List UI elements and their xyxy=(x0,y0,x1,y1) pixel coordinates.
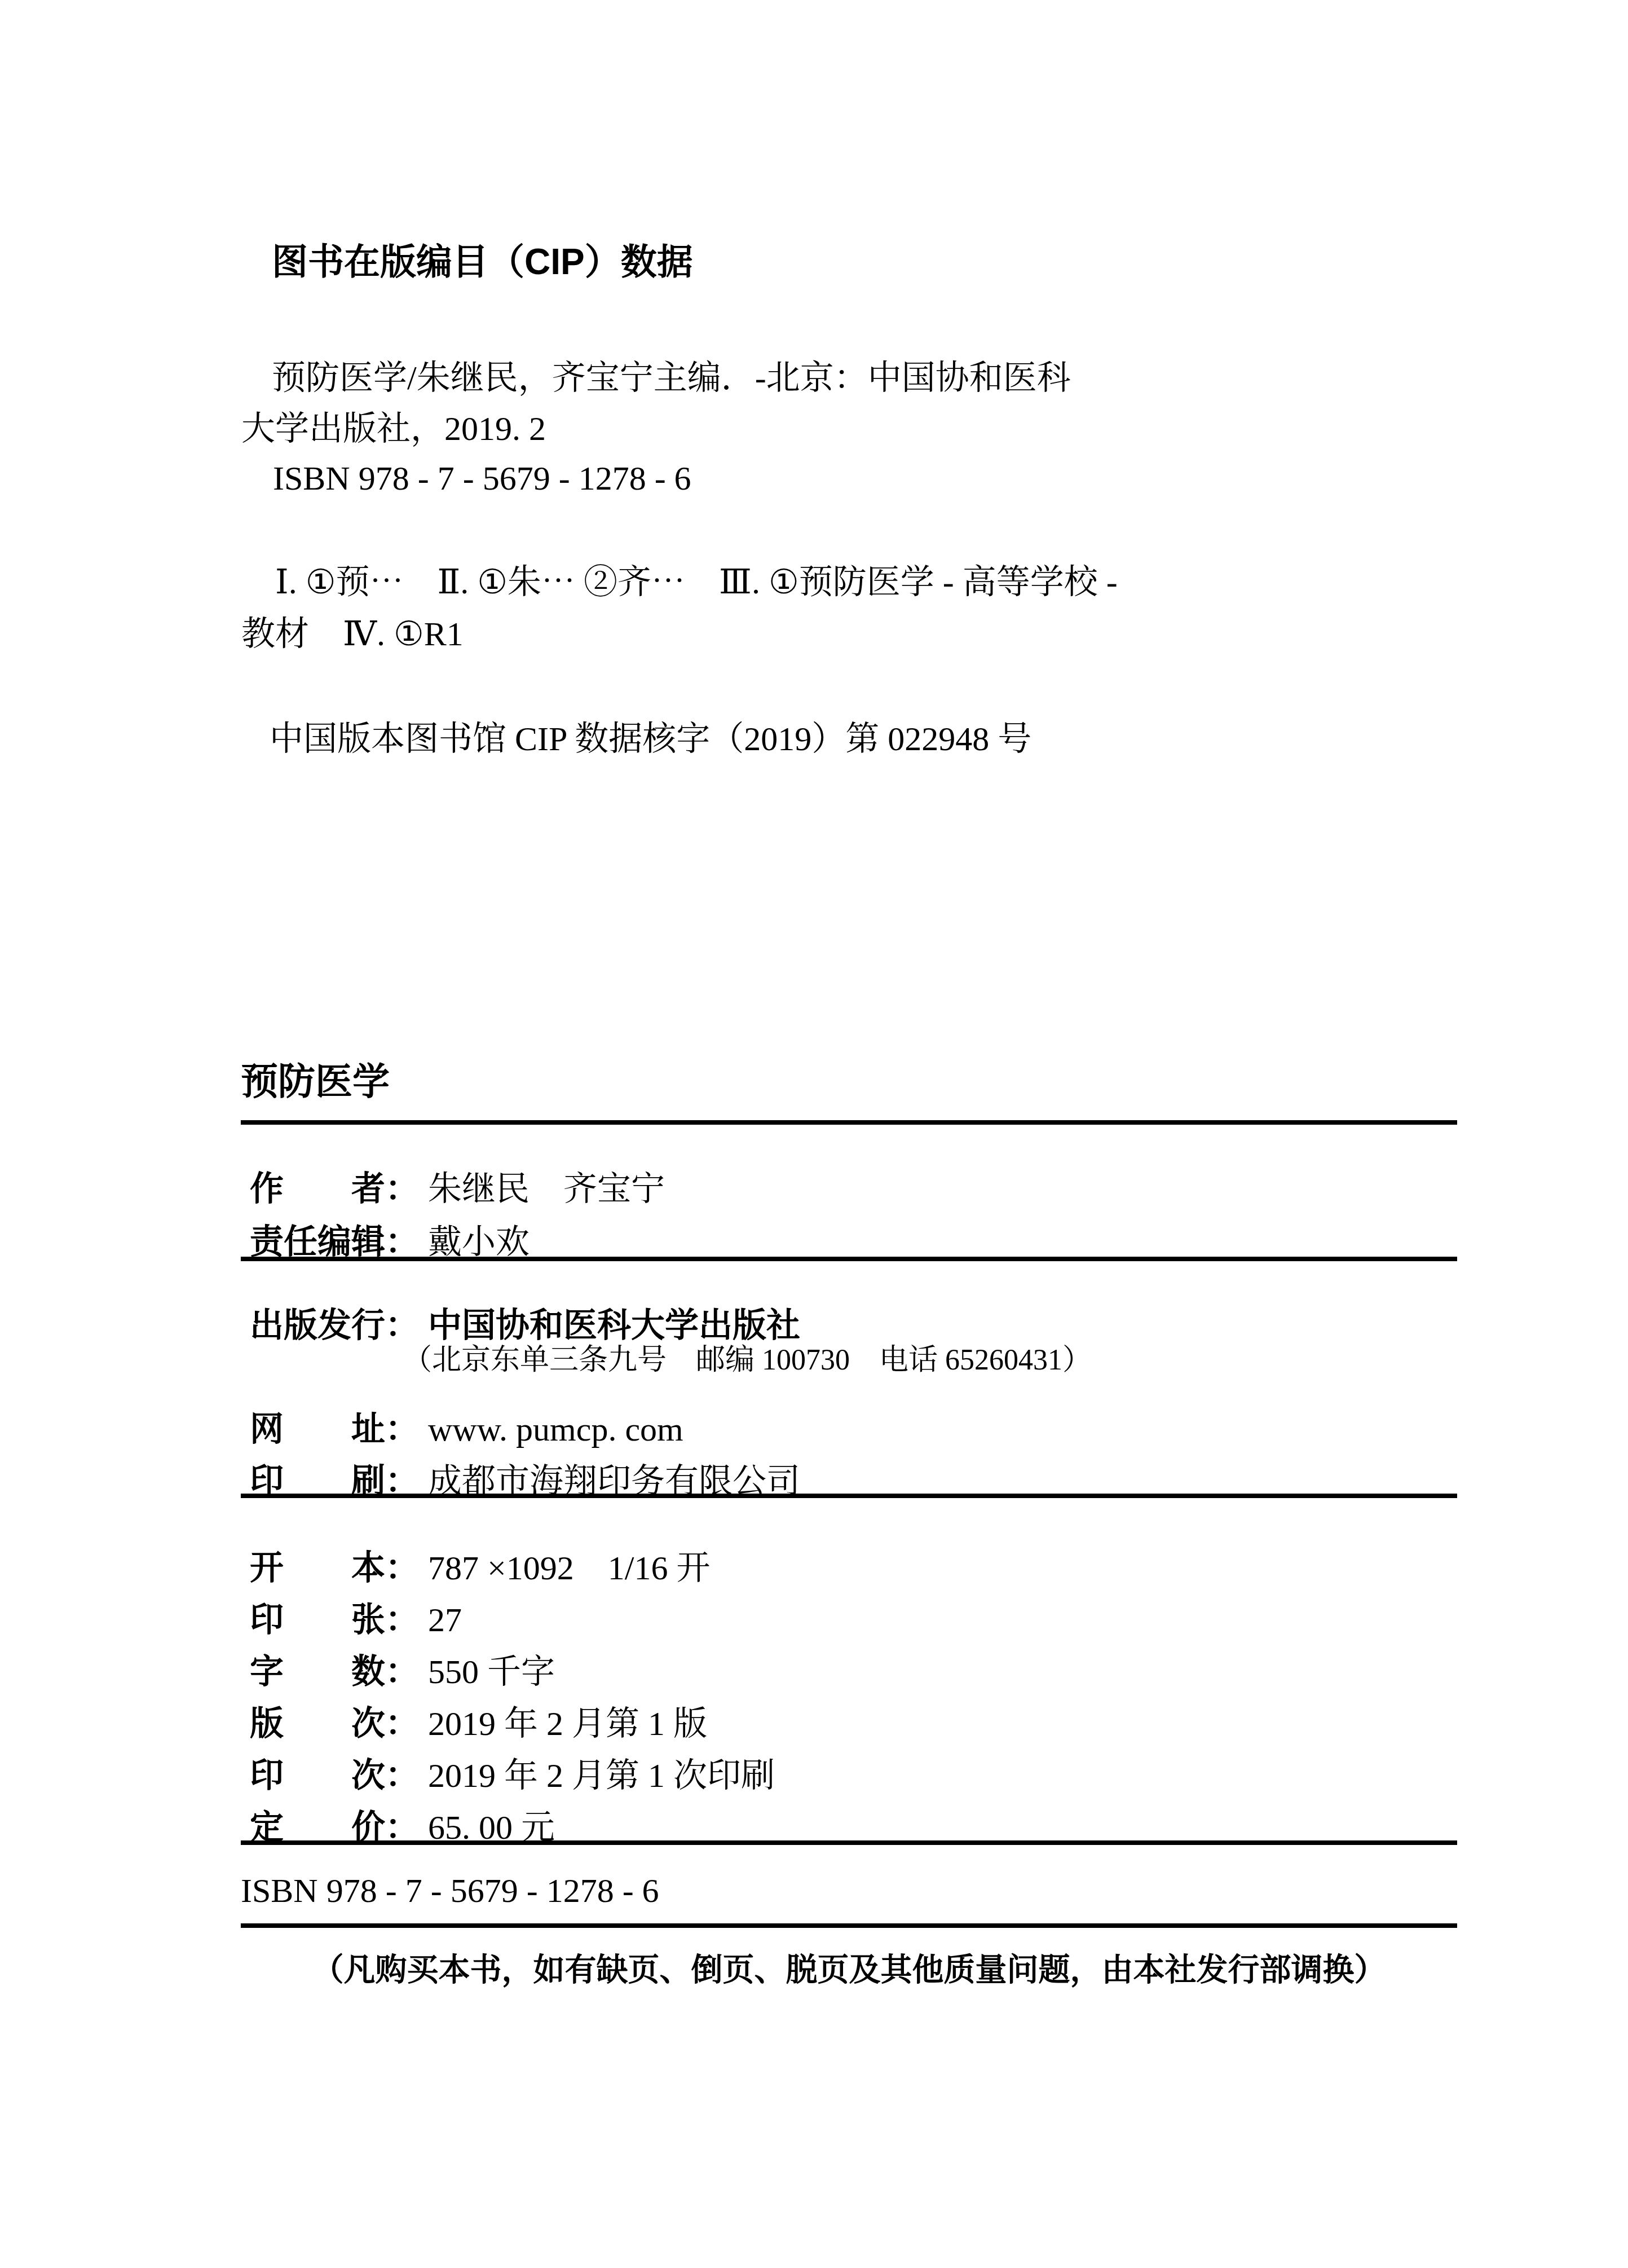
word-count-label: 字 数： xyxy=(250,1653,419,1690)
author-label: 作 者： xyxy=(250,1170,419,1208)
book-title: 预防医学 xyxy=(241,1060,390,1103)
divider-3 xyxy=(241,1494,1457,1498)
row-price: 定 价：65. 00 元 xyxy=(241,1790,555,1859)
cip-classification-line-2: 教材 Ⅳ. ①R1 xyxy=(241,615,464,654)
word-count-value: 550 千字 xyxy=(428,1653,555,1690)
cip-classification-line-1: Ⅰ. ①预⋯ Ⅱ. ①朱⋯ ②齐⋯ Ⅲ. ①预防医学 - 高等学校 - xyxy=(275,563,1118,602)
author-value: 朱继民 齐宝宁 xyxy=(428,1170,665,1208)
publisher-address: （北京东单三条九号 邮编 100730 电话 65260431） xyxy=(403,1344,1092,1377)
divider-2 xyxy=(241,1257,1457,1261)
publisher-value: 中国协和医科大学出版社 xyxy=(428,1306,800,1344)
edition-value: 2019 年 2 月第 1 版 xyxy=(428,1705,707,1742)
format-value: 787 ×1092 1/16 开 xyxy=(428,1549,711,1587)
cip-description-line-1: 预防医学/朱继民，齐宝宁主编．-北京：中国协和医科 xyxy=(272,359,1071,398)
row-printer: 印 刷：成都市海翔印务有限公司 xyxy=(241,1444,800,1513)
footer-isbn: ISBN 978 - 7 - 5679 - 1278 - 6 xyxy=(241,1871,659,1910)
printed-sheets-label: 印 张： xyxy=(250,1601,419,1639)
publisher-label: 出版发行： xyxy=(250,1306,419,1344)
printed-sheets-value: 27 xyxy=(428,1601,462,1639)
format-label: 开 本： xyxy=(250,1549,419,1587)
copyright-page: 图书在版编目（CIP）数据 预防医学/朱继民，齐宝宁主编．-北京：中国协和医科 … xyxy=(0,0,1628,2268)
edition-label: 版 次： xyxy=(250,1705,419,1742)
divider-4 xyxy=(241,1840,1457,1845)
divider-5 xyxy=(241,1923,1457,1928)
website-label: 网 址： xyxy=(250,1410,419,1448)
cip-isbn: ISBN 978 - 7 - 5679 - 1278 - 6 xyxy=(273,459,691,498)
quality-notice: （凡购买本书，如有缺页、倒页、脱页及其他质量问题，由本社发行部调换） xyxy=(241,1952,1457,1988)
impression-label: 印 次： xyxy=(250,1756,419,1794)
cip-heading: 图书在版编目（CIP）数据 xyxy=(272,241,693,283)
row-managing-editor: 责任编辑：戴小欢 xyxy=(241,1205,530,1274)
managing-editor-label: 责任编辑： xyxy=(250,1223,419,1261)
managing-editor-value: 戴小欢 xyxy=(428,1223,530,1261)
website-value: www. pumcp. com xyxy=(428,1411,683,1448)
cip-description-line-2: 大学出版社，2019. 2 xyxy=(241,409,546,448)
cip-record-number: 中国版本图书馆 CIP 数据核字（2019）第 022948 号 xyxy=(270,720,1031,759)
impression-value: 2019 年 2 月第 1 次印刷 xyxy=(428,1757,775,1794)
divider-1 xyxy=(241,1120,1457,1125)
